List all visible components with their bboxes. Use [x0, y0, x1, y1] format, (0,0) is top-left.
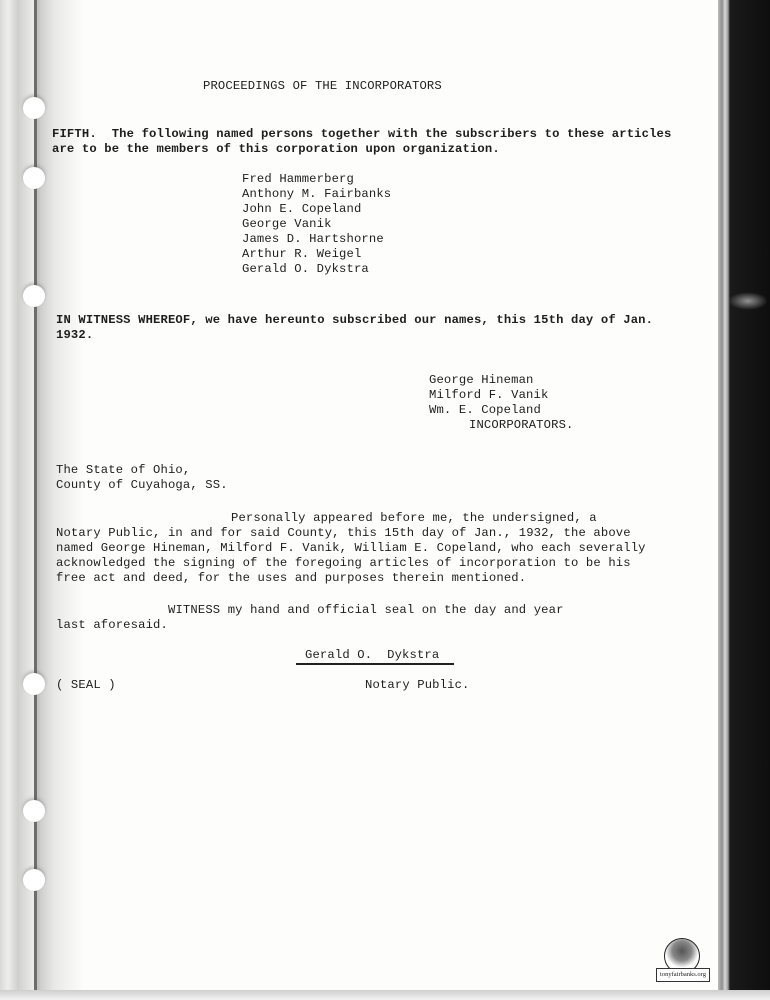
page-right-edge	[718, 0, 770, 1000]
notary-paragraph-line: acknowledged the signing of the foregoin…	[56, 556, 631, 571]
incorporator-name: Milford F. Vanik	[429, 388, 548, 403]
notary-paragraph-line: Notary Public, in and for said County, t…	[56, 526, 631, 541]
member-name: George Vanik	[242, 217, 332, 232]
punch-hole	[23, 285, 45, 307]
notary-paragraph-line: free act and deed, for the uses and purp…	[56, 571, 526, 586]
venue-county: County of Cuyahoga, SS.	[56, 478, 228, 493]
member-name: Arthur R. Weigel	[242, 247, 361, 262]
incorporators-label: INCORPORATORS.	[469, 418, 574, 433]
document-title: PROCEEDINGS OF THE INCORPORATORS	[203, 79, 442, 94]
member-name: John E. Copeland	[242, 202, 361, 217]
punch-hole	[23, 800, 45, 822]
member-name: James D. Hartshorne	[242, 232, 384, 247]
page-bottom-edge	[0, 990, 770, 1000]
punch-hole	[23, 167, 45, 189]
scanned-page: PROCEEDINGS OF THE INCORPORATORS FIFTH. …	[0, 0, 770, 1000]
member-name: Fred Hammerberg	[242, 172, 354, 187]
witness-hand-line-2: last aforesaid.	[56, 618, 168, 633]
punch-hole	[23, 869, 45, 891]
watermark-label: tonyfairbanks.org	[656, 968, 710, 982]
venue-state: The State of Ohio,	[56, 463, 190, 478]
punch-hole	[23, 97, 45, 119]
fifth-paragraph-line-2: are to be the members of this corporatio…	[52, 142, 500, 157]
member-name: Gerald O. Dykstra	[242, 262, 369, 277]
member-name: Anthony M. Fairbanks	[242, 187, 391, 202]
binding-line	[34, 0, 37, 1000]
fifth-paragraph-line-1: FIFTH. The following named persons toget…	[52, 127, 672, 142]
notary-title: Notary Public.	[365, 678, 470, 693]
incorporator-name: Wm. E. Copeland	[429, 403, 541, 418]
scan-glare	[728, 292, 768, 310]
notary-signature: Gerald O. Dykstra	[305, 648, 439, 663]
watermark-logo: tonyfairbanks.org	[656, 938, 708, 986]
signature-line	[296, 663, 454, 665]
seal-label: ( SEAL )	[56, 678, 116, 693]
witness-whereof-line-1: IN WITNESS WHEREOF, we have hereunto sub…	[56, 313, 653, 328]
notary-paragraph-line: named George Hineman, Milford F. Vanik, …	[56, 541, 646, 556]
witness-hand-line-1: WITNESS my hand and official seal on the…	[168, 603, 564, 618]
incorporator-name: George Hineman	[429, 373, 534, 388]
witness-whereof-line-2: 1932.	[56, 328, 93, 343]
punch-hole	[23, 673, 45, 695]
notary-paragraph-line: Personally appeared before me, the under…	[231, 511, 597, 526]
